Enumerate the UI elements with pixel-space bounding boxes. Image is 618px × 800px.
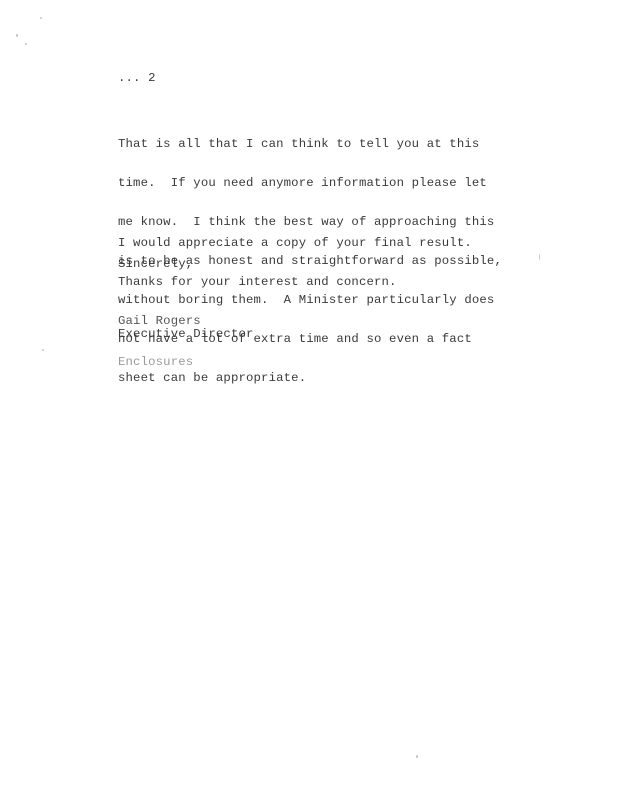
text-line: time. If you need anymore information pl…: [118, 177, 502, 190]
scan-speck: [42, 349, 44, 351]
closing: Sincerely,: [118, 258, 193, 271]
text-line: That is all that I can think to tell you…: [118, 138, 502, 151]
enclosures-note: Enclosures: [118, 356, 193, 369]
scan-speck: [416, 755, 418, 758]
text-line: I would appreciate a copy of your final …: [118, 237, 472, 250]
letter-page: ... 2 That is all that I can think to te…: [0, 0, 618, 800]
scan-speck: [25, 43, 27, 45]
scan-speck: [40, 17, 42, 19]
page-marker: ... 2: [118, 72, 156, 85]
signature-title: Executive Director: [118, 328, 254, 341]
text-line: sheet can be appropriate.: [118, 372, 502, 385]
scan-speck: [16, 34, 18, 37]
scan-speck: [539, 254, 540, 260]
text-line: Thanks for your interest and concern.: [118, 276, 472, 289]
